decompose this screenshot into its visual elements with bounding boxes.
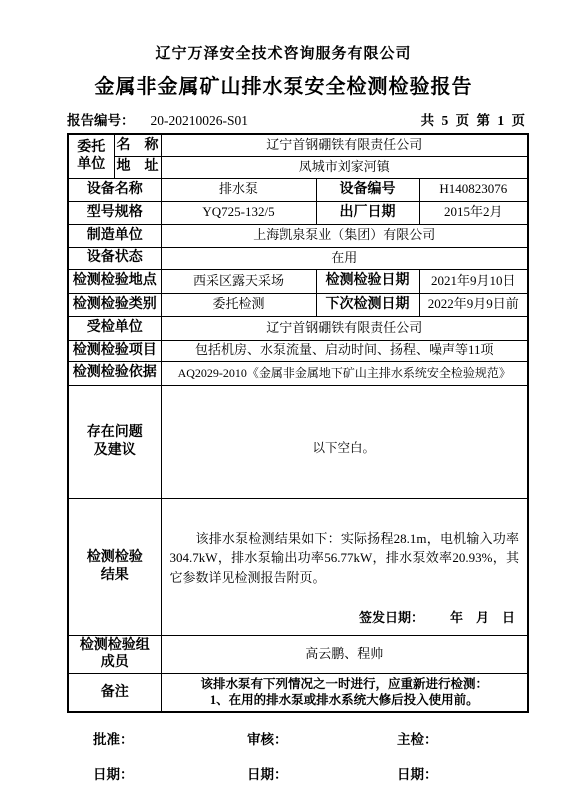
inspection-category-label: 检测检验类别 xyxy=(68,293,161,316)
client-address-value: 凤城市刘家河镇 xyxy=(161,156,528,178)
table-row: 地 址 凤城市刘家河镇 xyxy=(68,156,528,178)
report-table: 委托 单位 名 称 辽宁首钢硼铁有限责任公司 地 址 凤城市刘家河镇 设备名称 … xyxy=(67,133,529,713)
client-name-value: 辽宁首钢硼铁有限责任公司 xyxy=(161,134,528,156)
results-cell: 该排水泵检测结果如下：实际扬程28.1m，电机输入功率304.7kW，排水泵输出… xyxy=(161,498,528,635)
device-status-value: 在用 xyxy=(161,247,528,269)
report-number-value: 20-20210026-S01 xyxy=(151,113,249,129)
model-value: YQ725-132/5 xyxy=(161,201,316,224)
report-number: 报告编号： 20-20210026-S01 xyxy=(67,109,248,129)
results-paragraph: 该排水泵检测结果如下：实际扬程28.1m，电机输入功率304.7kW，排水泵输出… xyxy=(170,529,520,588)
table-row: 检测检验地点 西采区露天采场 检测检验日期 2021年9月10日 xyxy=(68,269,528,293)
inspected-unit-value: 辽宁首钢硼铁有限责任公司 xyxy=(161,316,528,340)
company-name: 辽宁万泽安全技术咨询服务有限公司 xyxy=(0,0,567,63)
table-row: 备注 该排水泵有下列情况之一时进行，应重新进行检测： 1、在用的排水泵或排水系统… xyxy=(68,673,528,712)
table-row: 型号规格 YQ725-132/5 出厂日期 2015年2月 xyxy=(68,201,528,224)
device-name-value: 排水泵 xyxy=(161,178,316,201)
inspection-items-label: 检测检验项目 xyxy=(68,340,161,361)
client-group-label: 委托 单位 xyxy=(68,134,114,178)
manufacturer-label: 制造单位 xyxy=(68,224,161,247)
chief-inspector-label: 主检： xyxy=(397,728,527,748)
date-row: 日期： 日期： 日期： xyxy=(67,763,527,783)
review-label: 审核： xyxy=(247,728,397,748)
inspection-location-label: 检测检验地点 xyxy=(68,269,161,293)
device-no-value: H140823076 xyxy=(419,178,528,201)
report-meta-line: 报告编号： 20-20210026-S01 共 5 页 第 1 页 xyxy=(67,109,527,129)
client-name-label: 名 称 xyxy=(114,134,161,156)
chief-date-label: 日期： xyxy=(397,763,527,783)
remarks-value: 该排水泵有下列情况之一时进行，应重新进行检测： 1、在用的排水泵或排水系统大修后… xyxy=(161,673,528,712)
next-inspection-label: 下次检测日期 xyxy=(316,293,419,316)
remarks-label: 备注 xyxy=(68,673,161,712)
table-row: 设备状态 在用 xyxy=(68,247,528,269)
sign-date-line: 签发日期： 年 月 日 xyxy=(162,607,528,626)
device-status-label: 设备状态 xyxy=(68,247,161,269)
inspection-date-label: 检测检验日期 xyxy=(316,269,419,293)
inspection-location-value: 西采区露天采场 xyxy=(161,269,316,293)
report-title: 金属非金属矿山排水泵安全检测检验报告 xyxy=(0,70,567,99)
approve-label: 批准： xyxy=(67,728,247,748)
inspection-category-value: 委托检测 xyxy=(161,293,316,316)
inspected-unit-label: 受检单位 xyxy=(68,316,161,340)
team-value: 高云鹏、程帅 xyxy=(161,635,528,673)
next-inspection-value: 2022年9月9日前 xyxy=(419,293,528,316)
table-row: 检测检验项目 包括机房、水泵流量、启动时间、扬程、噪声等11项 xyxy=(68,340,528,361)
inspection-items-value: 包括机房、水泵流量、启动时间、扬程、噪声等11项 xyxy=(161,340,528,361)
inspection-basis-value: AQ2029-2010《金属非金属地下矿山主排水系统安全检验规范》 xyxy=(161,361,528,385)
table-row: 存在问题 及建议 以下空白。 xyxy=(68,385,528,498)
table-row: 检测检验 结果 该排水泵检测结果如下：实际扬程28.1m，电机输入功率304.7… xyxy=(68,498,528,635)
table-row: 受检单位 辽宁首钢硼铁有限责任公司 xyxy=(68,316,528,340)
review-date-label: 日期： xyxy=(247,763,397,783)
device-no-label: 设备编号 xyxy=(316,178,419,201)
problems-label: 存在问题 及建议 xyxy=(68,385,161,498)
manufacturer-value: 上海凯泉泵业（集团）有限公司 xyxy=(161,224,528,247)
table-row: 检测检验依据 AQ2029-2010《金属非金属地下矿山主排水系统安全检验规范》 xyxy=(68,361,528,385)
team-label: 检测检验组 成员 xyxy=(68,635,161,673)
results-label: 检测检验 结果 xyxy=(68,498,161,635)
factory-date-value: 2015年2月 xyxy=(419,201,528,224)
table-row: 检测检验类别 委托检测 下次检测日期 2022年9月9日前 xyxy=(68,293,528,316)
approve-date-label: 日期： xyxy=(67,763,247,783)
table-row: 设备名称 排水泵 设备编号 H140823076 xyxy=(68,178,528,201)
report-number-label: 报告编号： xyxy=(67,109,135,129)
inspection-date-value: 2021年9月10日 xyxy=(419,269,528,293)
table-row: 委托 单位 名 称 辽宁首钢硼铁有限责任公司 xyxy=(68,134,528,156)
problems-value: 以下空白。 xyxy=(161,385,528,498)
table-row: 制造单位 上海凯泉泵业（集团）有限公司 xyxy=(68,224,528,247)
inspection-basis-label: 检测检验依据 xyxy=(68,361,161,385)
report-page: 辽宁万泽安全技术咨询服务有限公司 金属非金属矿山排水泵安全检测检验报告 报告编号… xyxy=(0,0,567,802)
model-label: 型号规格 xyxy=(68,201,161,224)
page-indicator: 共 5 页 第 1 页 xyxy=(421,109,527,129)
client-address-label: 地 址 xyxy=(114,156,161,178)
device-name-label: 设备名称 xyxy=(68,178,161,201)
table-row: 检测检验组 成员 高云鹏、程帅 xyxy=(68,635,528,673)
signature-row: 批准： 审核： 主检： xyxy=(67,728,527,748)
factory-date-label: 出厂日期 xyxy=(316,201,419,224)
signature-footer: 批准： 审核： 主检： 日期： 日期： 日期： xyxy=(67,728,527,783)
